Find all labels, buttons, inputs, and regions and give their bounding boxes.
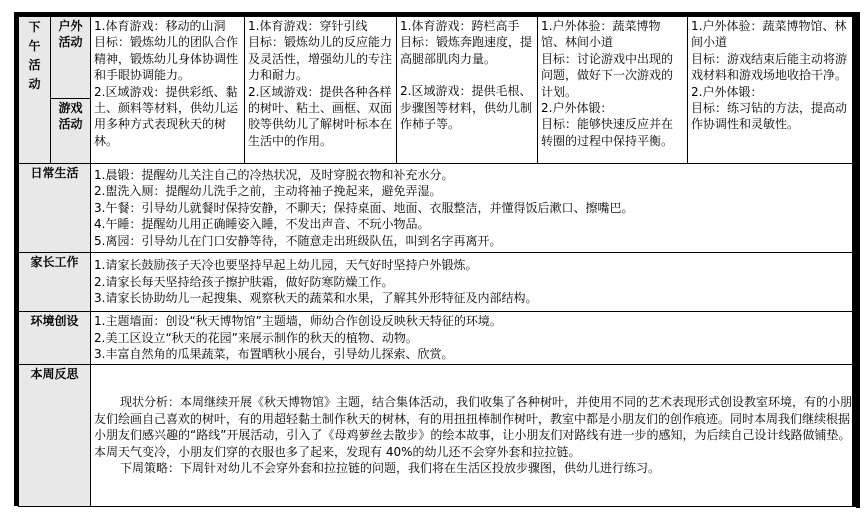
- reflection-label: 本周反思: [19, 365, 91, 507]
- day-4-line-2: 目标：讨论游戏中出现的问题，做好下一次游戏的计划。: [541, 51, 684, 100]
- day-1-line-1: 1.体育游戏：移动的山洞: [94, 18, 241, 34]
- day-4-line-4: 目标：能够快速反应并在转圈的过程中保持平衡。: [541, 116, 684, 149]
- daily-life-content: 1.晨锻：提醒幼儿关注自己的冷热状况，及时穿脱衣物和补充水分。 2.盥洗入厕：提…: [91, 164, 857, 253]
- daily-life-item-3: 3.午餐：引导幼儿就餐时保持安静，不聊天；保持桌面、地面、衣服整洁，并懂得饭后漱…: [94, 200, 853, 216]
- right-border-shadow: [856, 12, 860, 508]
- day-3-line-3: 2.区域游戏：提供毛根、步骤图等材料，供幼儿制作柿子等。: [400, 83, 534, 132]
- day-5-cell: 1.户外体验：蔬菜博物馆、林间小道 目标：游戏结束后能主动将游戏材料和游戏场地收…: [688, 17, 857, 164]
- afternoon-label-text: 下午活动: [28, 18, 41, 94]
- day-4-line-1: 1.户外体验：蔬菜博物馆、林间小道: [541, 18, 684, 51]
- day-3-spacer: [400, 67, 534, 83]
- afternoon-label: 下午活动: [19, 17, 51, 164]
- environment-content: 1.主题墙面：创设“秋天博物馆”主题墙，师幼合作创设反映秋天特征的环境。 2.美…: [91, 312, 857, 365]
- reflection-strategy: 下周策略：下周针对幼儿不会穿外套和拉拉链的问题，我们将在生活区投放步骤图，供幼儿…: [94, 460, 853, 476]
- weekly-plan-table: 下午活动 户外活动 1.体育游戏：移动的山洞 目标：锻炼幼儿的团队合作精神，锻炼…: [18, 16, 857, 507]
- game-label-text: 游戏活动: [57, 100, 85, 133]
- parent-work-item-3: 3.请家长协助幼儿一起搜集、观察秋天的蔬菜和水果，了解其外形特征及内部结构。: [94, 290, 853, 306]
- environment-item-2: 2.美工区设立“秋天的花园”来展示制作的秋天的植物、动物。: [94, 330, 853, 346]
- environment-item-1: 1.主题墙面：创设“秋天博物馆”主题墙，师幼合作创设反映秋天特征的环境。: [94, 313, 853, 329]
- day-2-cell: 1.体育游戏：穿针引线 目标：锻炼幼儿的反应能力及灵活性，增强幼儿的专注力和耐力…: [245, 17, 397, 164]
- parent-work-label: 家长工作: [19, 253, 91, 312]
- daily-life-item-5: 5.离园：引导幼儿在门口安静等待，不随意走出班级队伍，叫到名字再离开。: [94, 233, 853, 249]
- daily-life-item-4: 4.午睡：提醒幼儿用正确睡姿入睡，不发出声音、不玩小物品。: [94, 216, 853, 232]
- day-5-line-2: 目标：游戏结束后能主动将游戏材料和游戏场地收拾干净。: [691, 51, 853, 84]
- day-2-line-1: 1.体育游戏：穿针引线: [248, 18, 393, 34]
- day-1-line-2: 目标：锻炼幼儿的团队合作精神，锻炼幼儿身体协调性和手眼协调能力。: [94, 34, 241, 83]
- day-3-line-2: 目标：锻炼奔跑速度，提高腿部肌肉力量。: [400, 34, 534, 67]
- day-5-line-4: 目标：练习钻的方法，提高动作协调性和灵敏性。: [691, 100, 853, 133]
- day-2-line-2: 目标：锻炼幼儿的反应能力及灵活性，增强幼儿的专注力和耐力。: [248, 34, 393, 83]
- day-5-line-1: 1.户外体验：蔬菜博物馆、林间小道: [691, 18, 853, 51]
- day-4-line-3: 2.户外体锻：: [541, 100, 684, 116]
- game-activity-label: 游戏活动: [51, 99, 91, 164]
- day-3-line-1: 1.体育游戏：跨栏高手: [400, 18, 534, 34]
- environment-label: 环境创设: [19, 312, 91, 365]
- daily-life-item-2: 2.盥洗入厕：提醒幼儿洗手之前，主动将袖子挽起来，避免弄湿。: [94, 183, 853, 199]
- reflection-analysis: 现状分析：本周继续开展《秋天博物馆》主题，结合集体活动，我们收集了各种树叶，并使…: [94, 394, 853, 460]
- parent-work-content: 1.请家长鼓励孩子天冷也要坚持早起上幼儿园，天气好时坚持户外锻炼。 2.请家长每…: [91, 253, 857, 312]
- day-1-line-3: 2.区域游戏：提供彩纸、黏土、颜料等材料，供幼儿运用多种方式表现秋天的树林。: [94, 84, 241, 150]
- outdoor-label-text: 户外活动: [57, 18, 85, 51]
- parent-work-item-2: 2.请家长每天坚持给孩子擦护肤霜，做好防寒防燥工作。: [94, 274, 853, 290]
- reflection-content: 现状分析：本周继续开展《秋天博物馆》主题，结合集体活动，我们收集了各种树叶，并使…: [91, 365, 857, 507]
- environment-item-3: 3.丰富自然角的瓜果蔬菜，布置晒秋小展台，引导幼儿探索、欣赏。: [94, 346, 853, 362]
- daily-life-item-1: 1.晨锻：提醒幼儿关注自己的冷热状况，及时穿脱衣物和补充水分。: [94, 167, 853, 183]
- day-3-cell: 1.体育游戏：跨栏高手 目标：锻炼奔跑速度，提高腿部肌肉力量。 2.区域游戏：提…: [397, 17, 538, 164]
- parent-work-item-1: 1.请家长鼓励孩子天冷也要坚持早起上幼儿园，天气好时坚持户外锻炼。: [94, 257, 853, 273]
- daily-life-label: 日常生活: [19, 164, 91, 253]
- day-1-cell: 1.体育游戏：移动的山洞 目标：锻炼幼儿的团队合作精神，锻炼幼儿身体协调性和手眼…: [91, 17, 245, 164]
- day-4-cell: 1.户外体验：蔬菜博物馆、林间小道 目标：讨论游戏中出现的问题，做好下一次游戏的…: [538, 17, 688, 164]
- day-5-line-3: 2.户外体锻：: [691, 84, 853, 100]
- day-2-line-3: 2.区域游戏：提供各种各样的树叶、粘土、画框、双面胶等供幼儿了解树叶标本在生活中…: [248, 84, 393, 150]
- outdoor-activity-label: 户外活动: [51, 17, 91, 99]
